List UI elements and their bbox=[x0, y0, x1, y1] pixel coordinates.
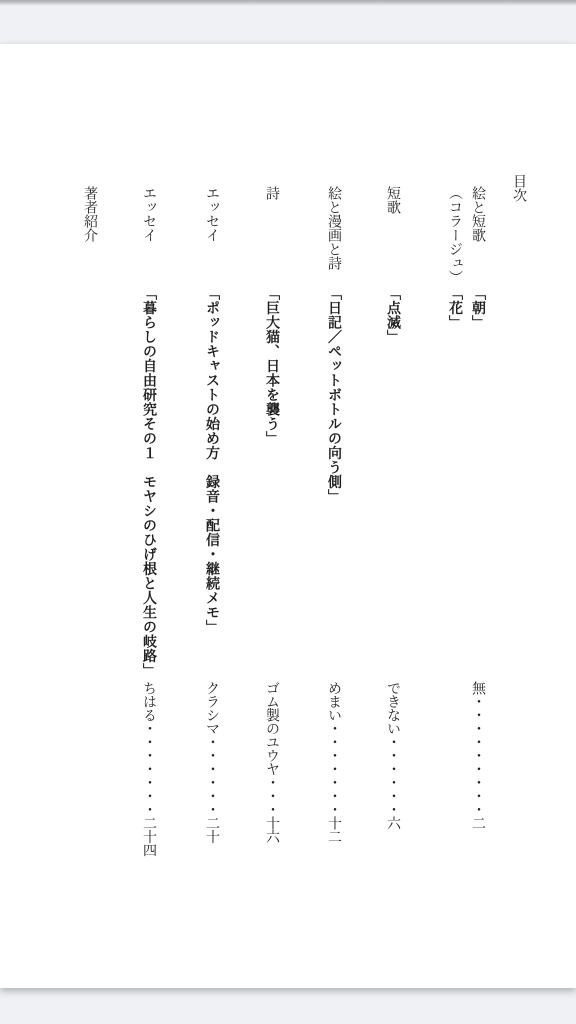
section-label: 絵と短歌 bbox=[470, 186, 484, 242]
toc-column-tanka: 短歌 「点滅」 できない・・・・・・六 bbox=[385, 186, 401, 976]
entry-page-number: 二 bbox=[470, 816, 485, 830]
toc-column-essay-2: エッセイ 「暮らしの自由研究その１ モヤシのひげ根と人生の岐路」 ちはる・・・・… bbox=[141, 186, 157, 976]
work-title: 「ポッドキャストの始め方 録音・配信・継続メモ」 bbox=[204, 286, 218, 634]
entry-page-number: 二十 bbox=[204, 816, 219, 843]
work-title: 「日記／ペットボトルの向う側」 bbox=[326, 286, 340, 504]
entry-leader-dots: ・・・・・・・ bbox=[326, 722, 341, 817]
toc-entry: 無・・・・・・・・・二 bbox=[470, 681, 484, 830]
section-label: 短歌 bbox=[385, 186, 399, 214]
toc-entry: ゴム製のユウヤ・・・十六 bbox=[264, 681, 278, 843]
entry-author: クラシマ bbox=[204, 681, 219, 735]
entry-leader-dots: ・・・・・・ bbox=[204, 735, 219, 816]
toc-column-collage: （コラージュ） 「花」 bbox=[447, 186, 463, 976]
toc-column-essay-1: エッセイ 「ポッドキャストの始め方 録音・配信・継続メモ」 クラシマ・・・・・・… bbox=[204, 186, 220, 976]
section-label: 著者紹介 bbox=[82, 186, 96, 242]
entry-author: できない bbox=[385, 681, 400, 735]
work-title: 「巨大猫、日本を襲う」 bbox=[264, 286, 278, 446]
top-edge-shadow bbox=[0, 0, 576, 6]
work-title: 「朝」 bbox=[470, 286, 484, 330]
document-page: 目次 絵と短歌 「朝」 無・・・・・・・・・二 （コラージュ） 「花」 短歌 「… bbox=[0, 44, 576, 988]
work-title: 「花」 bbox=[447, 286, 461, 330]
entry-page-number: 十二 bbox=[326, 816, 341, 843]
entry-leader-dots: ・・・ bbox=[264, 776, 279, 817]
page-title: 目次 bbox=[509, 174, 525, 202]
section-label: 詩 bbox=[264, 186, 278, 200]
entry-leader-dots: ・・・・・・ bbox=[385, 735, 400, 816]
section-label: エッセイ bbox=[141, 186, 155, 242]
toc-entry: めまい・・・・・・・十二 bbox=[326, 681, 340, 843]
entry-author: ゴム製のユウヤ bbox=[264, 681, 279, 776]
section-label: （コラージュ） bbox=[447, 186, 461, 284]
toc-column-shi: 詩 「巨大猫、日本を襲う」 ゴム製のユウヤ・・・十六 bbox=[264, 186, 280, 976]
work-title: 「点滅」 bbox=[385, 286, 399, 344]
entry-page-number: 十六 bbox=[264, 816, 279, 843]
toc-column-e-manga-shi: 絵と漫画と詩 「日記／ペットボトルの向う側」 めまい・・・・・・・十二 bbox=[326, 186, 342, 976]
viewer-background: { "app": { "surface_color": "#eff1f4", "… bbox=[0, 0, 576, 1024]
entry-leader-dots: ・・・・・・・ bbox=[141, 722, 156, 817]
work-title: 「暮らしの自由研究その１ モヤシのひげ根と人生の岐路」 bbox=[141, 286, 155, 678]
toc-entry: ちはる・・・・・・・二十四 bbox=[141, 681, 155, 857]
entry-author: ちはる bbox=[141, 681, 156, 722]
section-label: 絵と漫画と詩 bbox=[326, 186, 340, 270]
entry-leader-dots: ・・・・・・・・・ bbox=[470, 695, 485, 817]
entry-author: めまい bbox=[326, 681, 341, 722]
toc-entry: できない・・・・・・六 bbox=[385, 681, 399, 830]
entry-page-number: 六 bbox=[385, 816, 400, 830]
toc-entry: クラシマ・・・・・・二十 bbox=[204, 681, 218, 843]
toc-column-e-to-tanka: 絵と短歌 「朝」 無・・・・・・・・・二 bbox=[470, 186, 486, 976]
entry-page-number: 二十四 bbox=[141, 816, 156, 857]
section-label: エッセイ bbox=[204, 186, 218, 242]
toc-column-author-intro: 著者紹介 bbox=[82, 186, 98, 976]
entry-author: 無 bbox=[470, 681, 485, 695]
